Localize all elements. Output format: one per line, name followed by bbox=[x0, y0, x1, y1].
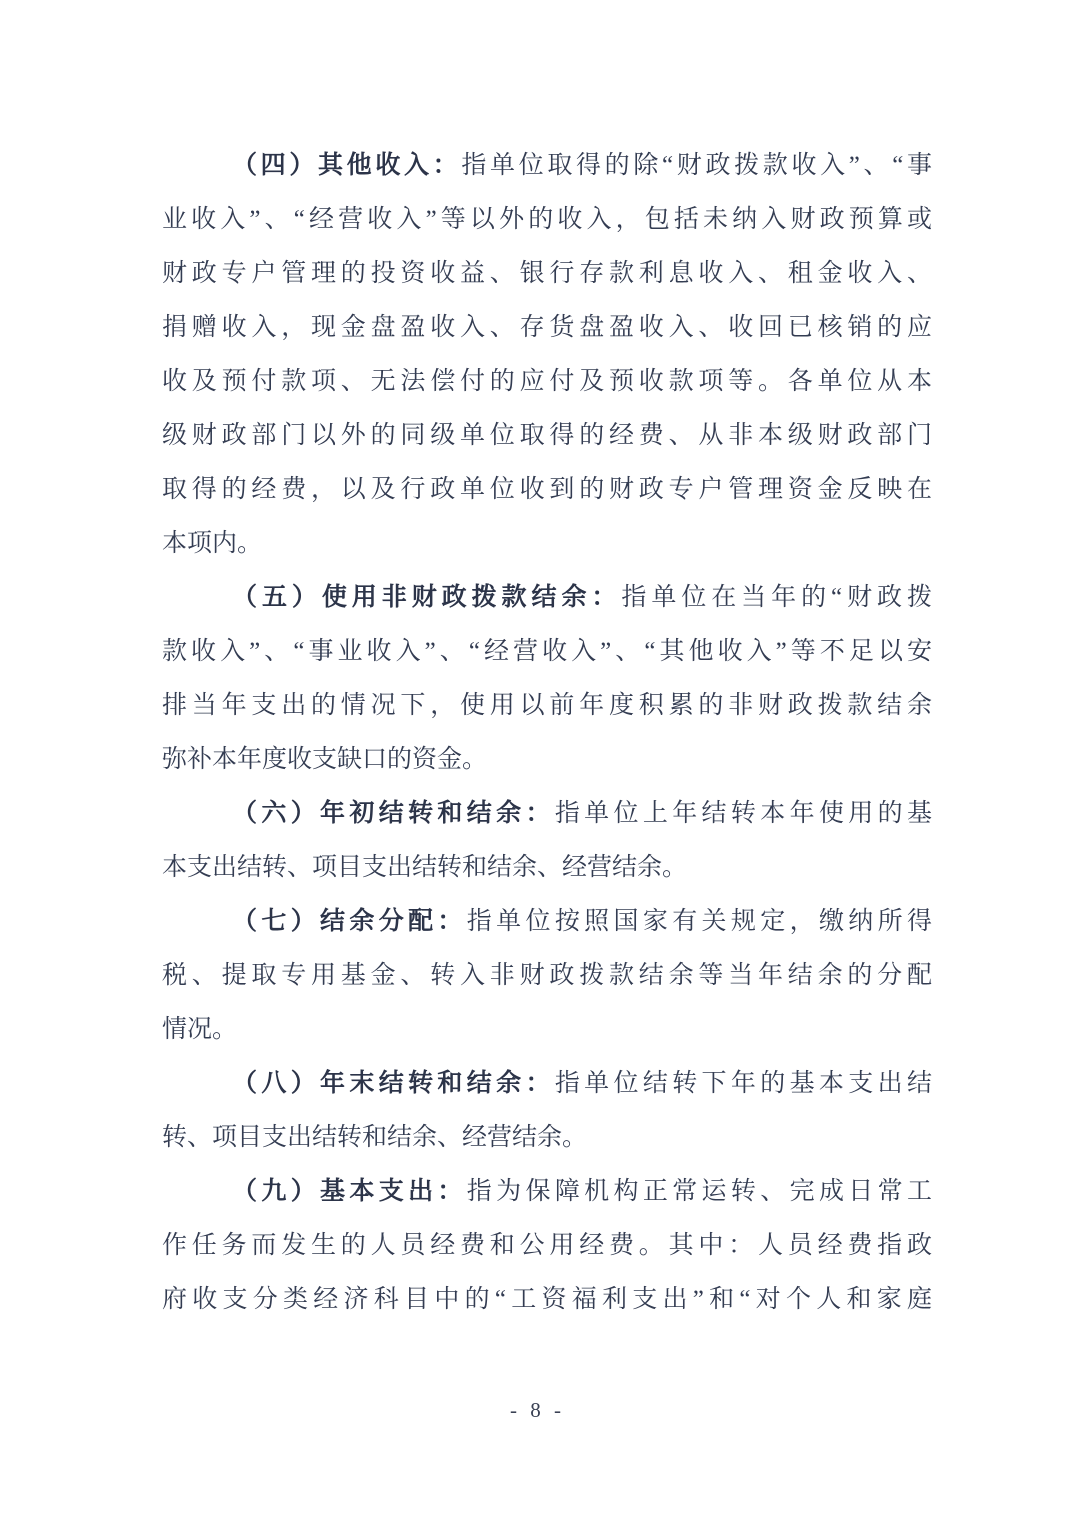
paragraph-line: 收及预付款项、无法偿付的应付及预收款项等。各单位从本 bbox=[162, 355, 932, 409]
paragraph-line: （九）基本支出：指为保障机构正常运转、完成日常工 bbox=[162, 1165, 932, 1219]
line-text: 弥补本年度收支缺口的资金。 bbox=[162, 746, 487, 773]
paragraph-line: 本项内。 bbox=[162, 517, 932, 571]
line-text: 收及预付款项、无法偿付的应付及预收款项等。各单位从本 bbox=[162, 368, 932, 395]
paragraph-line: （四）其他收入：指单位取得的除“财政拨款收入”、“事 bbox=[162, 139, 932, 193]
line-text: 捐赠收入，现金盘盈收入、存货盘盈收入、收回已核销的应 bbox=[162, 314, 932, 341]
paragraph-line: （八）年末结转和结余：指单位结转下年的基本支出结 bbox=[162, 1057, 932, 1111]
section-heading: （八）年末结转和结余： bbox=[232, 1070, 555, 1097]
paragraph-line: 捐赠收入，现金盘盈收入、存货盘盈收入、收回已核销的应 bbox=[162, 301, 932, 355]
line-text: 指单位在当年的“财政拨 bbox=[621, 584, 932, 611]
line-text: 指为保障机构正常运转、完成日常工 bbox=[467, 1178, 932, 1205]
section-heading: （七）结余分配： bbox=[232, 908, 467, 935]
line-text: 税、提取专用基金、转入非财政拨款结余等当年结余的分配 bbox=[162, 962, 932, 989]
paragraph-line: 财政专户管理的投资收益、银行存款利息收入、租金收入、 bbox=[162, 247, 932, 301]
line-text: 指单位结转下年的基本支出结 bbox=[555, 1070, 932, 1097]
paragraph-line: （七）结余分配：指单位按照国家有关规定，缴纳所得 bbox=[162, 895, 932, 949]
paragraph-line: 本支出结转、项目支出结转和结余、经营结余。 bbox=[162, 841, 932, 895]
paragraph-line: 款收入”、“事业收入”、“经营收入”、“其他收入”等不足以安 bbox=[162, 625, 932, 679]
line-text: 情况。 bbox=[162, 1016, 237, 1043]
line-text: 指单位取得的除“财政拨款收入”、“事 bbox=[461, 152, 932, 179]
paragraph-line: （六）年初结转和结余：指单位上年结转本年使用的基 bbox=[162, 787, 932, 841]
line-text: 作任务而发生的人员经费和公用经费。其中：人员经费指政 bbox=[162, 1232, 932, 1259]
paragraph-line: （五）使用非财政拨款结余：指单位在当年的“财政拨 bbox=[162, 571, 932, 625]
paragraph-line: 取得的经费，以及行政单位收到的财政专户管理资金反映在 bbox=[162, 463, 932, 517]
line-text: 取得的经费，以及行政单位收到的财政专户管理资金反映在 bbox=[162, 476, 932, 503]
paragraph-line: 弥补本年度收支缺口的资金。 bbox=[162, 733, 932, 787]
section-heading: （六）年初结转和结余： bbox=[232, 800, 555, 827]
page-number: - 8 - bbox=[0, 1398, 1075, 1423]
section-heading: （四）其他收入： bbox=[232, 152, 461, 179]
paragraph-line: 排当年支出的情况下，使用以前年度积累的非财政拨款结余 bbox=[162, 679, 932, 733]
paragraph-line: 税、提取专用基金、转入非财政拨款结余等当年结余的分配 bbox=[162, 949, 932, 1003]
paragraph-line: 转、项目支出结转和结余、经营结余。 bbox=[162, 1111, 932, 1165]
document-page: （四）其他收入：指单位取得的除“财政拨款收入”、“事 业收入”、“经营收入”等以… bbox=[0, 0, 1075, 1520]
line-text: 本项内。 bbox=[162, 530, 262, 557]
section-heading: （九）基本支出： bbox=[232, 1178, 467, 1205]
line-text: 排当年支出的情况下，使用以前年度积累的非财政拨款结余 bbox=[162, 692, 932, 719]
paragraph-line: 情况。 bbox=[162, 1003, 932, 1057]
paragraph-line: 业收入”、“经营收入”等以外的收入，包括未纳入财政预算或 bbox=[162, 193, 932, 247]
line-text: 款收入”、“事业收入”、“经营收入”、“其他收入”等不足以安 bbox=[162, 638, 932, 665]
paragraph-line: 级财政部门以外的同级单位取得的经费、从非本级财政部门 bbox=[162, 409, 932, 463]
section-heading: （五）使用非财政拨款结余： bbox=[232, 584, 621, 611]
line-text: 财政专户管理的投资收益、银行存款利息收入、租金收入、 bbox=[162, 260, 932, 287]
line-text: 指单位上年结转本年使用的基 bbox=[555, 800, 932, 827]
document-text-block: （四）其他收入：指单位取得的除“财政拨款收入”、“事 业收入”、“经营收入”等以… bbox=[162, 139, 932, 1327]
line-text: 本支出结转、项目支出结转和结余、经营结余。 bbox=[162, 854, 687, 881]
paragraph-line: 府收支分类经济科目中的“工资福利支出”和“对个人和家庭 bbox=[162, 1273, 932, 1327]
line-text: 转、项目支出结转和结余、经营结余。 bbox=[162, 1124, 587, 1151]
line-text: 业收入”、“经营收入”等以外的收入，包括未纳入财政预算或 bbox=[162, 206, 932, 233]
paragraph-line: 作任务而发生的人员经费和公用经费。其中：人员经费指政 bbox=[162, 1219, 932, 1273]
line-text: 级财政部门以外的同级单位取得的经费、从非本级财政部门 bbox=[162, 422, 932, 449]
line-text: 指单位按照国家有关规定，缴纳所得 bbox=[467, 908, 932, 935]
line-text: 府收支分类经济科目中的“工资福利支出”和“对个人和家庭 bbox=[162, 1286, 932, 1313]
